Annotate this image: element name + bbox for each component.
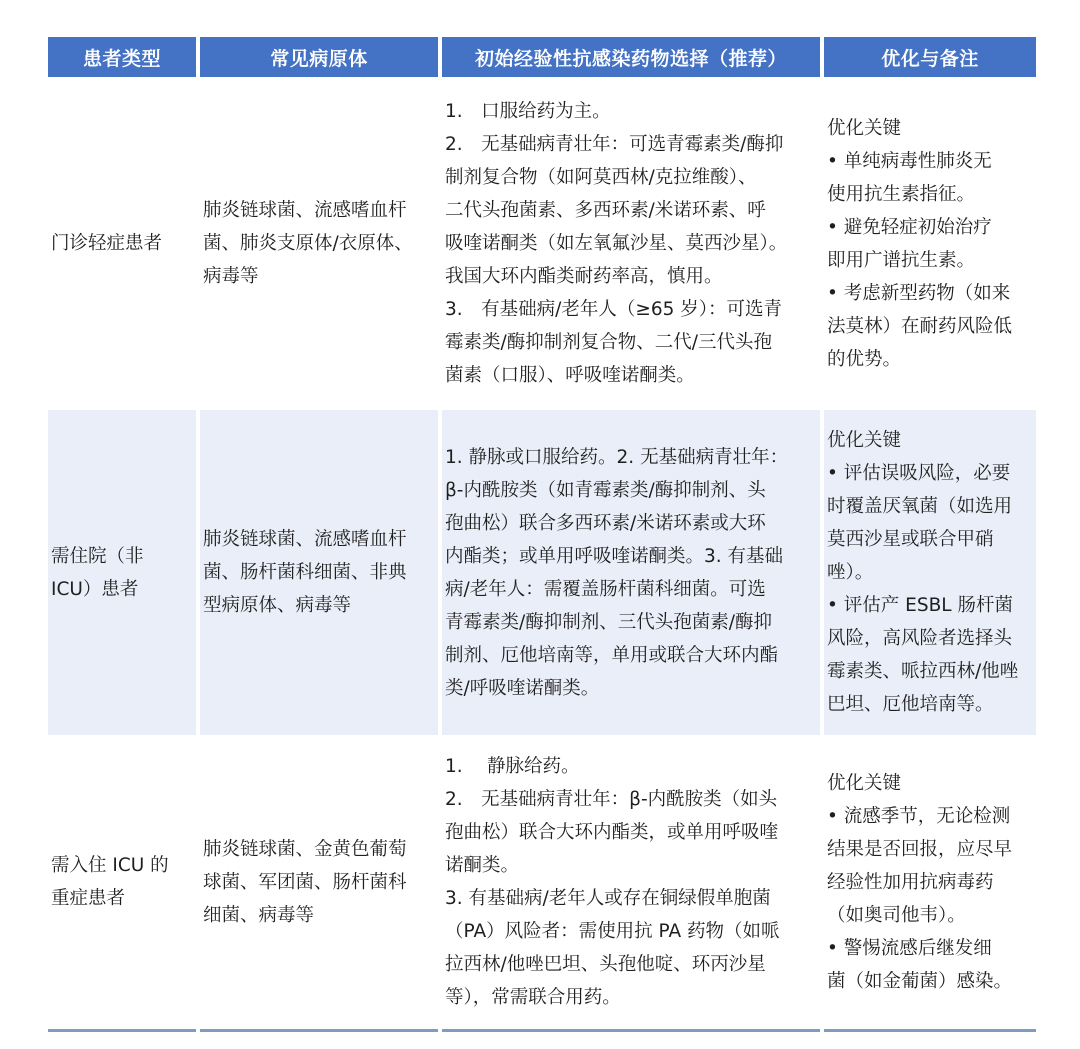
row-2-patient-type: 需住院（非 ICU）患者 — [48, 410, 196, 735]
row-3-patient-type: 需入住 ICU 的 重症患者 — [48, 739, 196, 1025]
row-3-drugs: 1. 静脉给药。 2. 无基础病青壮年：β-内酰胺类（如头 孢曲松）联合大环内酯… — [442, 739, 820, 1025]
row-1-patient-type: 门诊轻症患者 — [48, 81, 196, 406]
bottom-rule-segment — [824, 1029, 1036, 1032]
header-pathogens: 常见病原体 — [200, 37, 438, 77]
antibiotic-recommendation-table: 患者类型 常见病原体 初始经验性抗感染药物选择（推荐） 优化与备注 门诊轻症患者… — [48, 37, 1035, 1025]
row-1-pathogens: 肺炎链球菌、流感嗜血杆 菌、肺炎支原体/衣原体、 病毒等 — [200, 81, 438, 406]
row-2-notes: 优化关键 • 评估误吸风险，必要 时覆盖厌氧菌（如选用 莫西沙星或联合甲硝 唑）… — [824, 410, 1036, 735]
bottom-rule-segment — [442, 1029, 820, 1032]
bottom-rule-segment — [200, 1029, 438, 1032]
bottom-rule-segment — [48, 1029, 196, 1032]
row-2-pathogens: 肺炎链球菌、流感嗜血杆 菌、肠杆菌科细菌、非典 型病原体、病毒等 — [200, 410, 438, 735]
header-initial-drugs: 初始经验性抗感染药物选择（推荐） — [442, 37, 820, 77]
row-1-notes: 优化关键 • 单纯病毒性肺炎无 使用抗生素指征。 • 避免轻症初始治疗 即用广谱… — [824, 81, 1036, 406]
header-notes: 优化与备注 — [824, 37, 1036, 77]
header-patient-type: 患者类型 — [48, 37, 196, 77]
row-3-pathogens: 肺炎链球菌、金黄色葡萄 球菌、军团菌、肠杆菌科 细菌、病毒等 — [200, 739, 438, 1025]
row-1-drugs: 1. 口服给药为主。 2. 无基础病青壮年：可选青霉素类/酶抑 制剂复合物（如阿… — [442, 81, 820, 406]
table-bottom-rule — [48, 1029, 1035, 1033]
row-3-notes: 优化关键 • 流感季节，无论检测 结果是否回报，应尽早 经验性加用抗病毒药 （如… — [824, 739, 1036, 1025]
row-2-drugs: 1. 静脉或口服给药。2. 无基础病青壮年： β-内酰胺类（如青霉素类/酶抑制剂… — [442, 410, 820, 735]
